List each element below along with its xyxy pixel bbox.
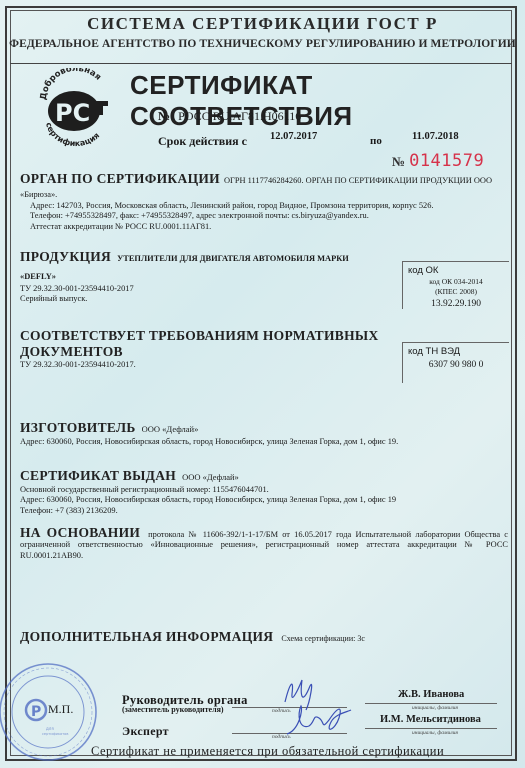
expert-label: Эксперт [122, 724, 169, 739]
svg-text:сертификатов: сертификатов [42, 732, 68, 736]
header-divider [10, 63, 512, 64]
serial-value: 0141579 [409, 151, 484, 171]
code-ok-box: код ОК код ОК 034-2014 (КПЕС 2008) 13.92… [402, 261, 509, 309]
product-section: ПРОДУКЦИЯУТЕПЛИТЕЛИ ДЛЯ ДВИГАТЕЛЯ АВТОМО… [20, 248, 380, 305]
basis-section: НА ОСНОВАНИИпротокола № 11606-392/1-1-17… [20, 528, 508, 561]
section-heading: ИЗГОТОВИТЕЛЬ [20, 420, 136, 435]
valid-to: 11.07.2018 [412, 131, 459, 142]
manufacturer-address: Адрес: 630060, Россия, Новосибирская обл… [20, 437, 510, 447]
certification-body-section: ОРГАН ПО СЕРТИФИКАЦИИ ОГРН 1117746284260… [20, 173, 510, 232]
issued-address: Адрес: 630060, Россия, Новосибирская обл… [20, 495, 510, 505]
head-name: Ж.В. Иванова [398, 689, 464, 700]
section-heading: СЕРТИФИКАТ ВЫДАН [20, 468, 176, 483]
issued-ogrn: Основной государственный регистрационный… [20, 485, 510, 495]
validity-label: Срок действия с [158, 134, 247, 149]
valid-from: 12.07.2017 [270, 131, 317, 142]
manufacturer-name: ООО «Дефлай» [142, 424, 199, 434]
expert-signature-icon [285, 700, 355, 740]
valid-to-label: по [370, 135, 382, 147]
stamp-label: М.П. [48, 702, 73, 717]
serial-label: № [392, 154, 405, 169]
product-release: Серийный выпуск. [20, 294, 380, 304]
head-name-line [365, 703, 497, 704]
head-deputy-label: (заместитель руководителя) [122, 705, 224, 714]
svg-text:Р: Р [31, 704, 41, 720]
certificate-number: №РОСС RU.АГ81.Н06116 [158, 109, 301, 124]
expert-name: И.М. Мельситдинова [380, 714, 481, 725]
conformity-doc: ТУ 29.32.30-001-23594410-2017. [20, 360, 400, 370]
code-tn-caption: код ТН ВЭД [408, 346, 509, 357]
code-ok-value: 13.92.29.190 [403, 299, 509, 309]
issued-name: ООО «Дефлай» [182, 472, 239, 482]
svg-text:РС: РС [55, 99, 90, 127]
code-ok-kpes: (КПЕС 2008) [403, 287, 509, 296]
body-accreditation: Аттестат аккредитации № РОСС RU.0001.11А… [30, 222, 510, 232]
manufacturer-section: ИЗГОТОВИТЕЛЬООО «Дефлай» Адрес: 630060, … [20, 419, 510, 447]
number-label: № [158, 109, 170, 123]
product-tu: ТУ 29.32.30-001-23594410-2017 [20, 284, 380, 294]
section-heading: ПРОДУКЦИЯ [20, 249, 111, 264]
code-ok-caption: код ОК [408, 265, 509, 276]
system-title: СИСТЕМА СЕРТИФИКАЦИИ ГОСТ Р [0, 14, 525, 34]
body-address: Адрес: 142703, Россия, Московская област… [30, 201, 510, 211]
serial-number: №0141579 [392, 151, 484, 171]
rst-logo-icon: Добровольная РС сертификация [38, 68, 114, 148]
code-tn-value: 6307 90 980 0 [403, 360, 509, 370]
section-heading: ОРГАН ПО СЕРТИФИКАЦИИ [20, 171, 220, 186]
footer-note: Сертификат не применяется при обязательн… [91, 744, 444, 759]
code-tn-box: код ТН ВЭД 6307 90 980 0 [402, 342, 509, 383]
expert-name-line [365, 728, 497, 729]
additional-info-section: ДОПОЛНИТЕЛЬНАЯ ИНФОРМАЦИЯСхема сертифика… [20, 628, 510, 646]
additional-text: Схема сертификации: 3с [281, 634, 365, 643]
agency-title: ФЕДЕРАЛЬНОЕ АГЕНТСТВО ПО ТЕХНИЧЕСКОМУ РЕ… [0, 38, 525, 50]
conformity-section: СООТВЕТСТВУЕТ ТРЕБОВАНИЯМ НОРМАТИВНЫХ ДО… [20, 328, 400, 370]
number-value: РОСС RU.АГ81.Н06116 [178, 109, 301, 123]
section-heading: ДОПОЛНИТЕЛЬНАЯ ИНФОРМАЦИЯ [20, 629, 273, 644]
issued-phone: Телефон: +7 (383) 2136209. [20, 506, 510, 516]
svg-text:для: для [46, 726, 54, 731]
head-name-caption: инициалы, фамилия [412, 705, 458, 711]
body-contacts: Телефон: +74955328497, факс: +7495532849… [30, 211, 510, 221]
code-ok-standard: код ОК 034-2014 [403, 277, 509, 286]
section-heading: СООТВЕТСТВУЕТ ТРЕБОВАНИЯМ НОРМАТИВНЫХ ДО… [20, 328, 400, 360]
issued-to-section: СЕРТИФИКАТ ВЫДАНООО «Дефлай» Основной го… [20, 467, 510, 516]
section-heading: НА ОСНОВАНИИ [20, 525, 140, 540]
expert-name-caption: инициалы, фамилия [412, 730, 458, 736]
